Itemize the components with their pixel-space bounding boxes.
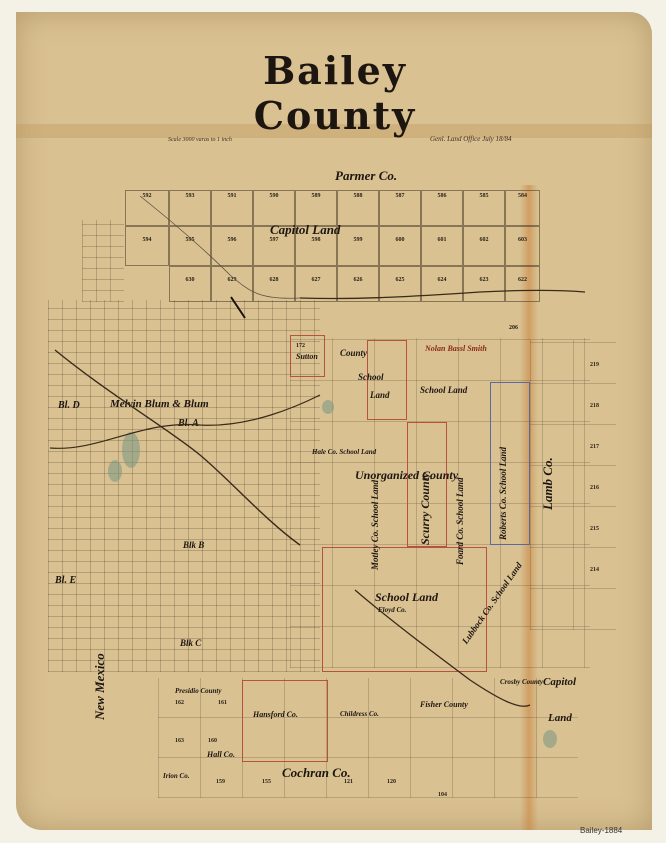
railroad-lines [0,0,666,843]
catalog-tag: Bailey-1884 [580,826,622,835]
